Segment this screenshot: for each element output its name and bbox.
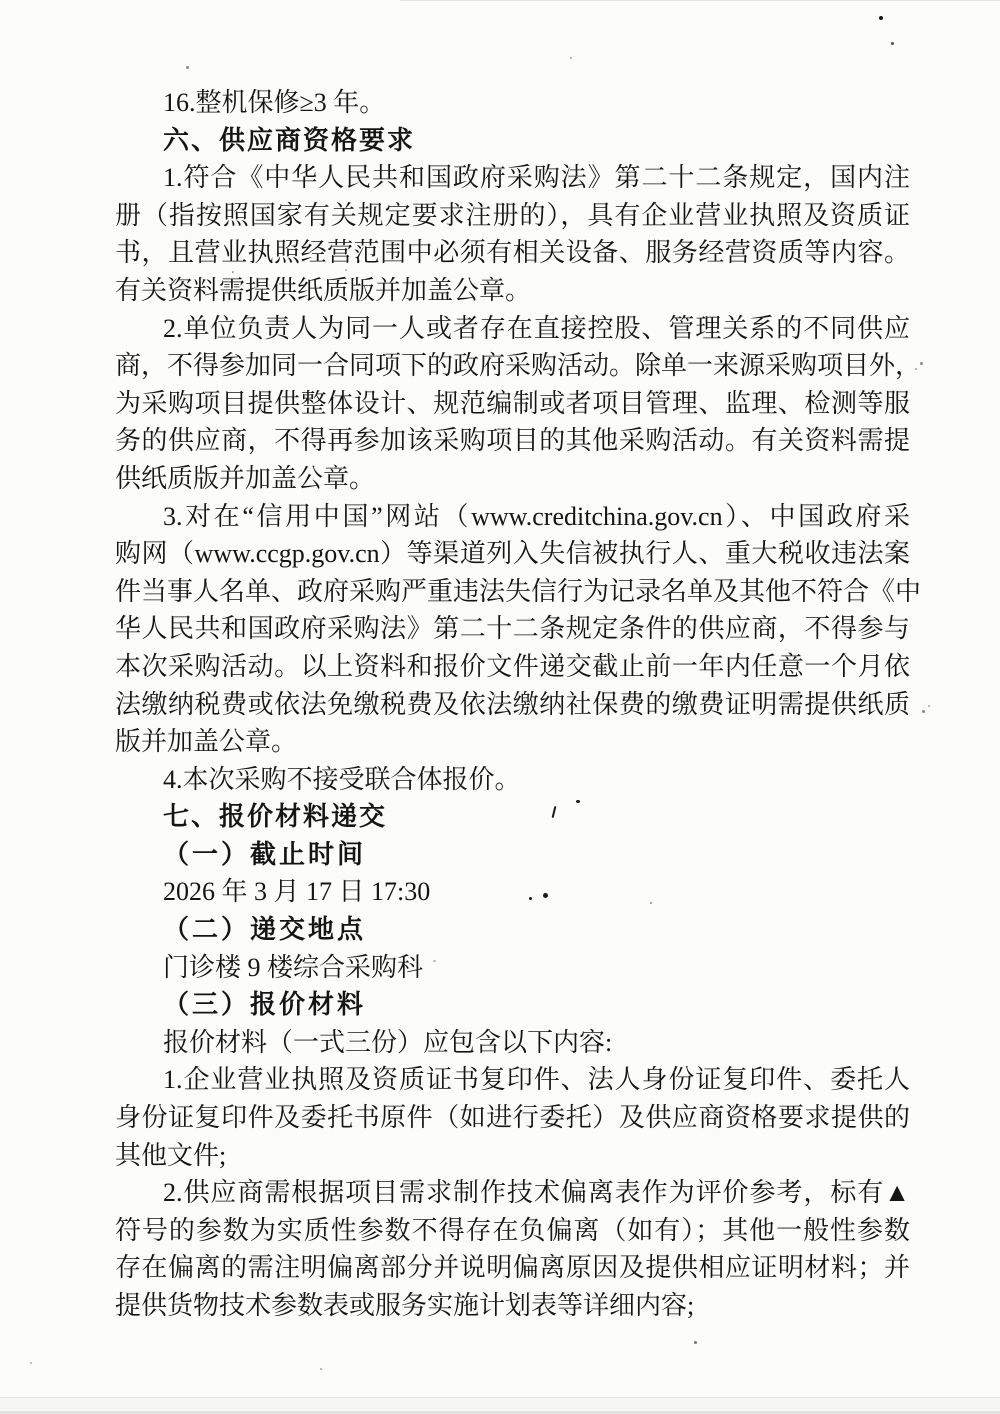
para-qualification-2-line: 商，不得参加同一合同项下的政府采购活动。除单一来源采购项目外， <box>115 347 910 385</box>
scan-speckle <box>433 960 436 962</box>
deadline-datetime: 2026 年 3 月 17 日 17:30 <box>115 873 910 911</box>
scan-speckle <box>920 362 923 365</box>
scan-speckle <box>879 16 883 20</box>
para-qualification-3-line: 版并加盖公章。 <box>115 723 910 761</box>
scan-speckle <box>928 705 930 707</box>
para-materials-2-line: 提供货物技术参数表或服务实施计划表等详细内容; <box>115 1287 910 1325</box>
scan-speckle <box>576 800 580 803</box>
scan-speckle <box>915 368 917 370</box>
scan-top-edge-line <box>400 0 1000 1</box>
para-qualification-1-line: 1.符合《中华人民共和国政府采购法》第二十二条规定，国内注 <box>115 159 910 197</box>
scan-speckle <box>186 66 189 69</box>
scan-speckle <box>570 57 572 59</box>
scan-speckle <box>30 1362 32 1364</box>
para-qualification-3-line: 件当事人名单、政府采购严重违法失信行为记录名单及其他不符合《中 <box>115 573 910 611</box>
document-text-block: 16.整机保修≥3 年。 六、供应商资格要求 1.符合《中华人民共和国政府采购法… <box>115 84 910 1325</box>
scan-speckle <box>922 710 925 713</box>
heading-supplier-qualification: 六、供应商资格要求 <box>115 122 910 160</box>
subheading-quotation-materials: （三）报价材料 <box>115 986 910 1024</box>
para-qualification-3-line: 3.对在“信用中国”网站（www.creditchina.gov.cn）、中国政… <box>115 498 910 536</box>
para-qualification-1-line: 书，且营业执照经营范围中必须有相关设备、服务经营资质等内容。 <box>115 234 910 272</box>
para-materials-2-line: 存在偏离的需注明偏离部分并说明偏离原因及提供相应证明材料；并 <box>115 1249 910 1287</box>
scan-speckle <box>232 271 234 273</box>
para-qualification-2-line: 供纸质版并加盖公章。 <box>115 460 910 498</box>
submission-location: 门诊楼 9 楼综合采购科 <box>115 949 910 987</box>
para-qualification-3-line: 华人民共和国政府采购法》第二十二条规定条件的供应商，不得参与 <box>115 610 910 648</box>
subheading-deadline: （一）截止时间 <box>115 836 910 874</box>
scan-speckle <box>543 893 548 898</box>
para-qualification-1-line: 册（指按照国家有关规定要求注册的），具有企业营业执照及资质证 <box>115 197 910 235</box>
scan-speckle <box>891 42 894 45</box>
para-materials-1-line: 身份证复印件及委托书原件（如进行委托）及供应商资格要求提供的 <box>115 1099 910 1137</box>
para-no-consortium: 4.本次采购不接受联合体报价。 <box>115 761 910 799</box>
heading-quotation-submission: 七、报价材料递交 <box>115 798 910 836</box>
para-materials-1-line: 其他文件; <box>115 1137 910 1175</box>
para-qualification-2-line: 为采购项目提供整体设计、规范编制或者项目管理、监理、检测等服 <box>115 385 910 423</box>
para-qualification-3-line: 购网（www.ccgp.gov.cn）等渠道列入失信被执行人、重大税收违法案 <box>115 535 910 573</box>
spec-item-warranty: 16.整机保修≥3 年。 <box>115 84 910 122</box>
para-materials-2-line: 符号的参数为实质性参数不得存在负偏离（如有）；其他一般性参数 <box>115 1212 910 1250</box>
subheading-submission-location: （二）递交地点 <box>115 911 910 949</box>
scan-speckle <box>345 269 347 271</box>
para-qualification-2-line: 2.单位负责人为同一人或者存在直接控股、管理关系的不同供应 <box>115 310 910 348</box>
para-qualification-3-line: 本次采购活动。以上资料和报价文件递交截止前一年内任意一个月依 <box>115 648 910 686</box>
scan-speckle <box>529 897 532 900</box>
scan-speckle <box>650 902 652 904</box>
para-qualification-3-line: 法缴纳税费或依法免缴税费及依法缴纳社保费的缴费证明需提供纸质 <box>115 686 910 724</box>
para-materials-2-line: 2.供应商需根据项目需求制作技术偏离表作为评价参考，标有▲ <box>115 1174 910 1212</box>
para-materials-1-line: 1.企业营业执照及资质证书复印件、法人身份证复印件、委托人 <box>115 1061 910 1099</box>
scan-speckle <box>694 1341 697 1344</box>
materials-intro: 报价材料（一式三份）应包含以下内容: <box>115 1024 910 1062</box>
scan-speckle <box>320 1368 322 1370</box>
para-qualification-1-line: 有关资料需提供纸质版并加盖公章。 <box>115 272 910 310</box>
para-qualification-2-line: 务的供应商，不得再参加该采购项目的其他采购活动。有关资料需提 <box>115 422 910 460</box>
scanned-document-page: 16.整机保修≥3 年。 六、供应商资格要求 1.符合《中华人民共和国政府采购法… <box>0 0 1000 1414</box>
